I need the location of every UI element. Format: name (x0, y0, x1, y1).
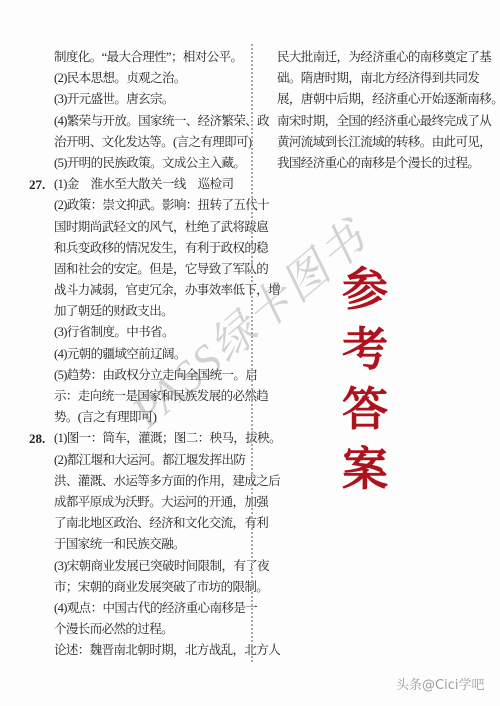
title-character: 案 (341, 446, 389, 493)
answer-text: (4)观点：中国古代的经济重心南移是一 (54, 601, 257, 615)
answer-text: (5)开明的民族政策。文成公主入藏。 (54, 156, 245, 170)
answer-text: 民大批南迁，为经济重心的南移奠定了基 (277, 50, 491, 64)
answer-text: 黄河流域到长江流域的转移。由此可见， (277, 135, 491, 149)
answer-text-line: 固和社会的安定。但是，它导致了军队的 (54, 259, 256, 280)
answer-text: 我国经济重心的南移是个漫长的过程。 (277, 156, 479, 170)
answer-text-line: 治开明、文化发达等。(言之有理即可) (54, 132, 256, 153)
answer-text-line: 和兵变政移的情况发生，有利于政权的稳 (54, 238, 256, 259)
answer-text-line: 南宋时期，全国的经济重心最终完成了从 (277, 111, 495, 132)
answer-text-line: 加了朝廷的财政支出。 (54, 301, 256, 322)
answer-text-line: (4)繁荣与开放。国家统一、经济繁荣、政 (54, 111, 256, 132)
answer-text-line: (5)开明的民族政策。文成公主入藏。 (54, 153, 256, 174)
answer-text-line: (2)都江堰和大运河。都江堰发挥出防 (54, 450, 256, 471)
answer-text: 国时期尚武轻文的风气，杜绝了武将跋扈 (54, 220, 268, 234)
answer-text: 洪、灌溉、水运等多方面的作用，建成之后 (54, 474, 280, 488)
reference-answers-vertical-title: 参 考 答 案 (341, 266, 389, 493)
answer-text-line: (3)宋朝商业发展已突破时间限制，有了夜 (54, 556, 256, 577)
answer-text-line: (4)观点：中国古代的经济重心南移是一 (54, 598, 256, 619)
answer-text-line: (4)元朝的疆域空前辽阔。 (54, 344, 256, 365)
answer-text: (2)政策：崇文抑武。影响：扭转了五代十 (54, 198, 269, 212)
answer-text: 南宋时期，全国的经济重心最终完成了从 (277, 114, 491, 128)
answer-text: 个漫长而必然的过程。 (54, 622, 173, 636)
right-text-column: 民大批南迁，为经济重心的南移奠定了基 础。隋唐时期，南北方经济得到共同发 展，唐… (277, 47, 495, 174)
answer-text: 战斗力减弱，官吏冗余，办事效率低下，增 (54, 283, 280, 297)
answer-text: 论述：魏晋南北朝时期，北方战乱，北方人 (54, 643, 280, 657)
source-bottom-watermark: 头条@Cici学吧 (396, 674, 484, 693)
answer-text-line: 制度化。“最大合理性”；相对公平。 (54, 47, 256, 68)
title-character: 考 (341, 326, 389, 373)
answer-text: 市；宋朝的商业发展突破了市坊的限制。 (54, 580, 268, 594)
answer-text: (4)繁荣与开放。国家统一、经济繁荣、政 (54, 114, 269, 128)
answer-text-line: 国时期尚武轻文的风气，杜绝了武将跋扈 (54, 217, 256, 238)
answer-text-line: 洪、灌溉、水运等多方面的作用，建成之后 (54, 471, 256, 492)
answer-text: 示：走向统一是国家和民族发展的必然趋 (54, 389, 268, 403)
answer-text-line: 示：走向统一是国家和民族发展的必然趋 (54, 386, 256, 407)
answer-text-line: 势。(言之有理即可) (54, 407, 256, 428)
answer-text: (1)金 淮水至大散关一线 巡检司 (54, 177, 233, 191)
left-text-column: 制度化。“最大合理性”；相对公平。 (2)民本思想。贞观之治。 (3)开元盛世。… (54, 47, 256, 661)
answer-text: 和兵变政移的情况发生，有利于政权的稳 (54, 241, 268, 255)
answer-text: 势。(言之有理即可) (54, 410, 156, 424)
question-number: 28. (29, 428, 45, 449)
answer-text: (5)趋势：由政权分立走向全国统一。启 (54, 368, 257, 382)
answer-text-line: 28. (1)图一：筒车，灌溉；图二：秧马，拔秧。 (54, 428, 256, 449)
answer-text: 加了朝廷的财政支出。 (54, 304, 173, 318)
answer-text: (3)宋朝商业发展已突破时间限制，有了夜 (54, 559, 269, 573)
answer-text-line: (3)行省制度。中书省。 (54, 322, 256, 343)
answer-text-line: 论述：魏晋南北朝时期，北方战乱，北方人 (54, 640, 256, 661)
answer-text-line: 黄河流域到长江流域的转移。由此可见， (277, 132, 495, 153)
answer-text-line: (2)民本思想。贞观之治。 (54, 68, 256, 89)
answer-text: 制度化。“最大合理性”；相对公平。 (54, 50, 242, 64)
answer-text-line: 我国经济重心的南移是个漫长的过程。 (277, 153, 495, 174)
answer-text-line: (2)政策：崇文抑武。影响：扭转了五代十 (54, 195, 256, 216)
column-divider-dotted-line (251, 44, 253, 662)
title-character: 答 (341, 386, 389, 433)
answer-text-line: 础。隋唐时期，南北方经济得到共同发 (277, 68, 495, 89)
answer-text: (2)都江堰和大运河。都江堰发挥出防 (54, 453, 245, 467)
answer-text: 础。隋唐时期，南北方经济得到共同发 (277, 71, 479, 85)
answer-text: 成都平原成为沃野。大运河的开通，加强 (54, 495, 268, 509)
answer-text: (3)开元盛世。唐玄宗。 (54, 92, 174, 106)
answer-text-line: 战斗力减弱，官吏冗余，办事效率低下，增 (54, 280, 256, 301)
answer-text: 固和社会的安定。但是，它导致了军队的 (54, 262, 268, 276)
answer-text: 治开明、文化发达等。(言之有理即可) (54, 135, 252, 149)
answer-text: 展，唐朝中后期，经济重心开始逐渐南移。 (277, 92, 500, 106)
answer-text-line: 市；宋朝的商业发展突破了市坊的限制。 (54, 577, 256, 598)
answer-text: (1)图一：筒车，灌溉；图二：秧马，拔秧。 (54, 431, 281, 445)
answer-text-line: (3)开元盛世。唐玄宗。 (54, 89, 256, 110)
answer-text-line: 27. (1)金 淮水至大散关一线 巡检司 (54, 174, 256, 195)
answer-text-line: (5)趋势：由政权分立走向全国统一。启 (54, 365, 256, 386)
title-character: 参 (341, 266, 389, 313)
answer-text: (2)民本思想。贞观之治。 (54, 71, 186, 85)
answer-text-line: 成都平原成为沃野。大运河的开通，加强 (54, 492, 256, 513)
answer-text-line: 了南北地区政治、经济和文化交流，有利 (54, 513, 256, 534)
answer-text-line: 个漫长而必然的过程。 (54, 619, 256, 640)
answer-text: 于国家统一和民族交融。 (54, 537, 185, 551)
answer-text: (3)行省制度。中书省。 (54, 325, 174, 339)
answer-text-line: 展，唐朝中后期，经济重心开始逐渐南移。 (277, 89, 495, 110)
answer-text: (4)元朝的疆域空前辽阔。 (54, 347, 186, 361)
answer-text: 了南北地区政治、经济和文化交流，有利 (54, 516, 268, 530)
question-number: 27. (29, 174, 45, 195)
answer-text-line: 于国家统一和民族交融。 (54, 534, 256, 555)
answer-key-page: 制度化。“最大合理性”；相对公平。 (2)民本思想。贞观之治。 (3)开元盛世。… (0, 0, 500, 706)
answer-text-line: 民大批南迁，为经济重心的南移奠定了基 (277, 47, 495, 68)
